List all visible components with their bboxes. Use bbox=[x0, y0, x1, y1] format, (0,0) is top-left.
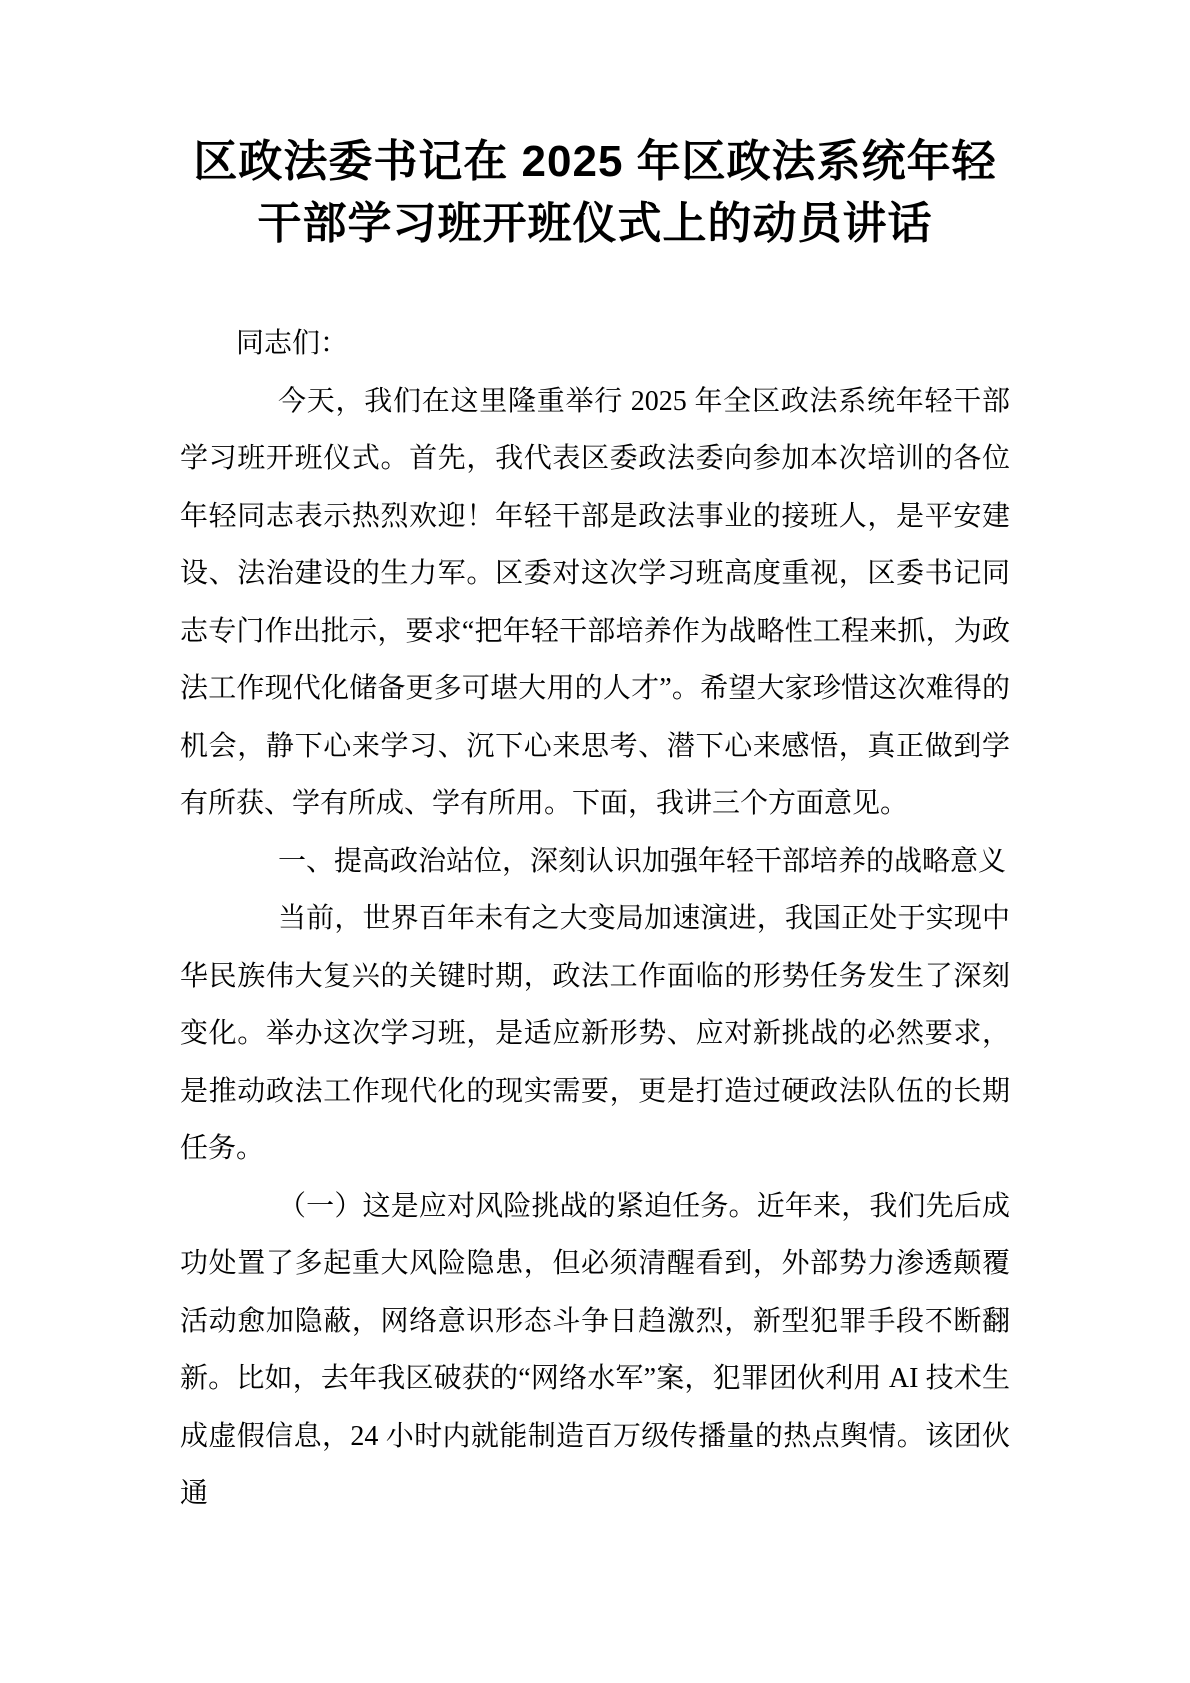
paragraph-section-intro: 当前，世界百年未有之大变局加速演进，我国正处于实现中华民族伟大复兴的关键时期，政… bbox=[180, 890, 1010, 1178]
section-heading-1: 一、提高政治站位，深刻认识加强年轻干部培养的战略意义 bbox=[180, 833, 1010, 891]
document-page: 区政法委书记在 2025 年区政法系统年轻干部学习班开班仪式上的动员讲话 同志们… bbox=[0, 0, 1190, 1683]
document-title: 区政法委书记在 2025 年区政法系统年轻干部学习班开班仪式上的动员讲话 bbox=[180, 131, 1010, 255]
document-body: 同志们： 今天，我们在这里隆重举行 2025 年全区政法系统年轻干部学习班开班仪… bbox=[180, 315, 1010, 1523]
paragraph-subsection-1: （一）这是应对风险挑战的紧迫任务。近年来，我们先后成功处置了多起重大风险隐患，但… bbox=[180, 1178, 1010, 1523]
salutation-line: 同志们： bbox=[180, 315, 1010, 373]
paragraph-opening: 今天，我们在这里隆重举行 2025 年全区政法系统年轻干部学习班开班仪式。首先，… bbox=[180, 373, 1010, 833]
